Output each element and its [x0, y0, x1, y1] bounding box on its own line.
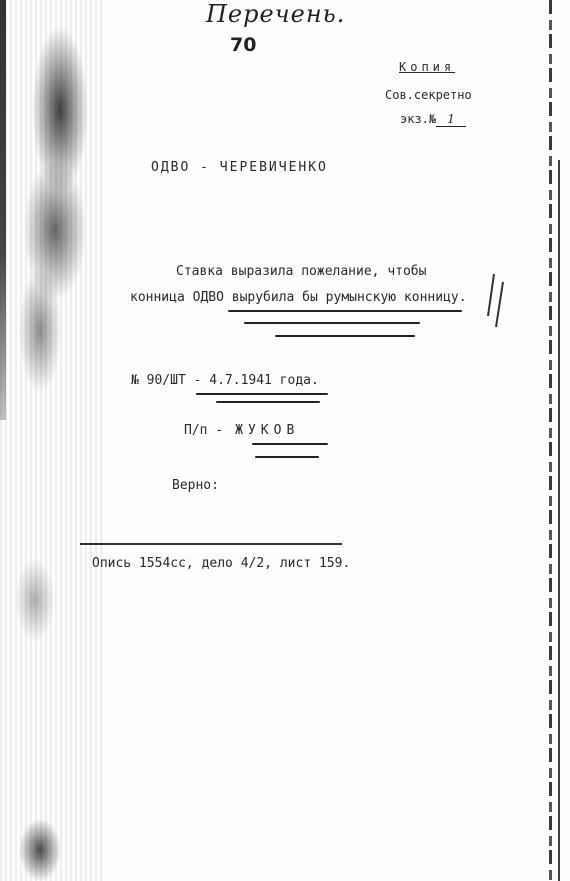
exemplar-number: 1 [436, 112, 466, 127]
handwritten-title: Перечень. [206, 0, 345, 28]
page-number: 70 [230, 34, 256, 56]
exemplar-line: экз.№1 [400, 112, 466, 127]
certified-label: Верно: [172, 478, 219, 493]
signature-underline-1 [252, 443, 328, 445]
classification-label: Сов.секретно [385, 88, 472, 102]
signature-underline-2 [255, 456, 319, 458]
page-edge-right-inner [558, 160, 560, 881]
signature-prefix: П/п - [184, 423, 223, 438]
body-line-2: конница ОДВО вырубила бы румынскую конни… [130, 290, 467, 305]
archive-reference: Опись 1554сс, дело 4/2, лист 159. [92, 556, 350, 571]
underline-1 [228, 310, 462, 312]
copy-label: Копия [399, 60, 455, 74]
exemplar-prefix: экз.№ [400, 112, 436, 126]
addressee: ОДВО - ЧЕРЕВИЧЕНКО [151, 160, 328, 175]
page-edge-right [549, 0, 552, 881]
signature-name: ЖУКОВ [235, 423, 299, 438]
reference-number: № 90/ШТ - 4.7.1941 года. [131, 373, 319, 388]
margin-annotation-mark [484, 272, 514, 332]
page-edge-left [0, 0, 6, 420]
signature-line: П/п -ЖУКОВ [184, 423, 299, 438]
reference-underline-1 [196, 393, 328, 395]
divider-rule [80, 543, 342, 545]
reference-underline-2 [216, 401, 320, 403]
underline-3 [275, 335, 415, 337]
underline-2 [244, 322, 420, 324]
scan-shadow-left [0, 0, 105, 881]
body-line-1: Ставка выразила пожелание, чтобы [176, 264, 426, 279]
